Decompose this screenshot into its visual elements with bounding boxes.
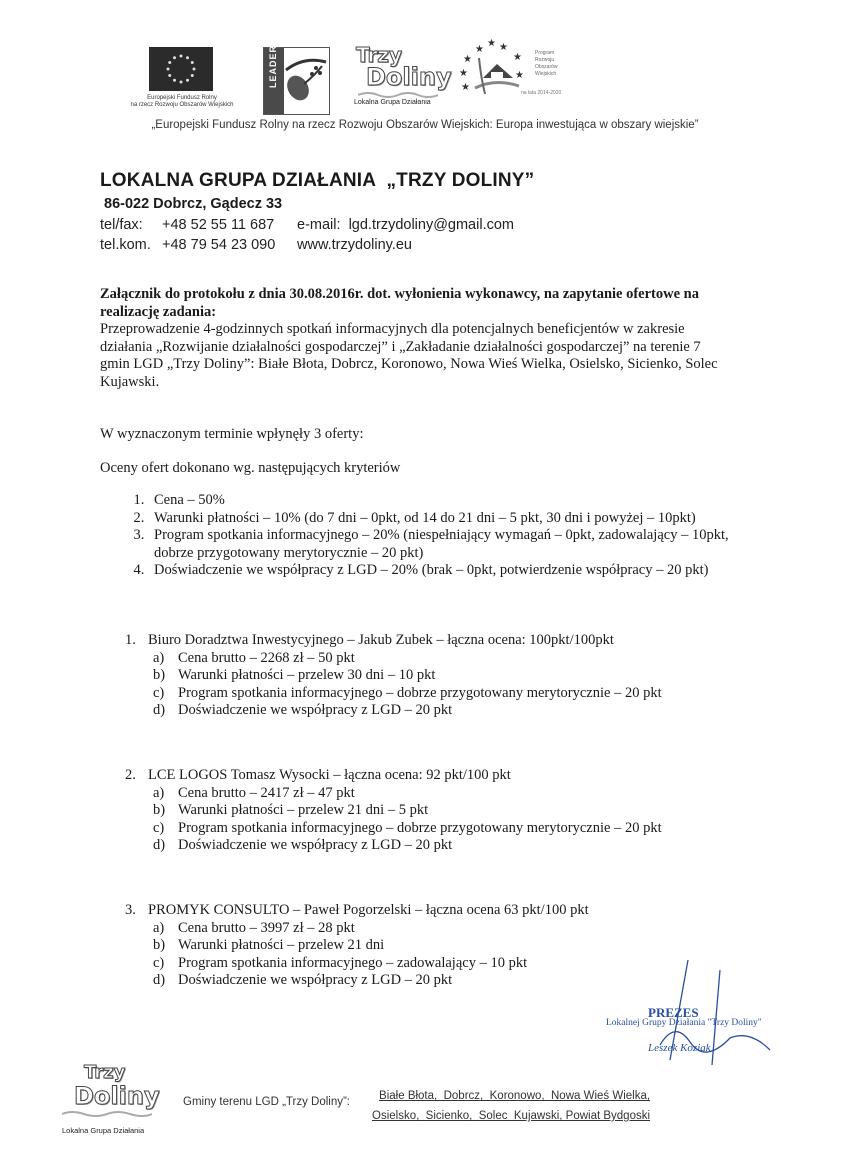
wave-icon <box>62 1110 152 1118</box>
criterion-item: Warunki płatności – 10% (do 7 dni – 0pkt… <box>148 510 768 528</box>
motto: „Europejski Fundusz Rolny na rzecz Rozwo… <box>0 119 850 131</box>
mobile-value: +48 79 54 23 090 <box>162 237 275 253</box>
attachment-description: Przeprowadzenie 4-godzinnych spotkań inf… <box>100 321 730 391</box>
svg-text:★: ★ <box>461 82 470 93</box>
mobile-label: tel.kom. <box>100 237 151 253</box>
organization-title: LOKALNA GRUPA DZIAŁANIA „TRZY DOLINY” <box>100 170 534 192</box>
svg-text:★: ★ <box>515 70 524 81</box>
offer-item: Cena brutto – 3997 zł – 28 pkt <box>153 920 720 938</box>
offer-item: Doświadczenie we współpracy z LGD – 20 p… <box>153 837 720 855</box>
offer-item: Program spotkania informacyjnego – dobrz… <box>153 685 720 703</box>
signature-organization: Lokalnej Grupy Działania "Trzy Doliny" <box>606 1018 762 1028</box>
signature-name: Leszek Koziak <box>648 1042 711 1054</box>
tel-fax-label: tel/fax: <box>100 217 143 233</box>
footer-label: Gminy terenu LGD „Trzy Doliny”: <box>183 1096 350 1108</box>
offer-item: Cena brutto – 2268 zł – 50 pkt <box>153 650 720 668</box>
website-link[interactable]: www.trzydoliny.eu <box>297 237 412 253</box>
offer-item: Warunki płatności – przelew 30 dni – 10 … <box>153 667 720 685</box>
offer-title: PROMYK CONSULTO – Paweł Pogorzelski – łą… <box>124 902 720 920</box>
criterion-item: Program spotkania informacyjnego – 20% (… <box>148 527 768 562</box>
attachment-heading: Załącznik do protokołu z dnia 30.08.2016… <box>100 286 730 321</box>
offers-count-text: W wyznaczonym terminie wpłynęły 3 oferty… <box>100 426 363 444</box>
offer-1: 1.Biuro Doradztwa Inwestycyjnego – Jakub… <box>100 632 720 720</box>
offer-2: 2.LCE LOGOS Tomasz Wysocki – łączna ocen… <box>100 767 720 855</box>
eu-caption: Europejski Fundusz Rolny na rzecz Rozwoj… <box>112 95 252 109</box>
prow-text: Program Rozwoju Obszarów Wiejskich <box>535 50 558 78</box>
offer-item: Doświadczenie we współpracy z LGD – 20 p… <box>153 702 720 720</box>
attachment-section: Załącznik do protokołu z dnia 30.08.2016… <box>100 286 730 391</box>
criterion-item: Cena – 50% <box>148 492 768 510</box>
criteria-list: Cena – 50% Warunki płatności – 10% (do 7… <box>100 492 768 580</box>
offer-title: Biuro Doradztwa Inwestycyjnego – Jakub Z… <box>124 632 720 650</box>
svg-text:★: ★ <box>487 38 496 49</box>
leader-emblem-icon <box>284 48 329 114</box>
tel-fax-value: +48 52 55 11 687 <box>162 217 274 233</box>
offer-item: Program spotkania informacyjnego – dobrz… <box>153 820 720 838</box>
trzy-doliny-footer-logo: Trzy Doliny Lokalna Grupa Działania <box>62 1062 162 1142</box>
svg-text:★: ★ <box>499 42 508 53</box>
organization-address: 86-022 Dobrcz, Gądecz 33 <box>104 196 282 212</box>
trzy-doliny-logo: Trzy Doliny Lokalna Grupa Działania <box>348 43 446 109</box>
prow-logo: ★★★ ★★★ ★★ Program Rozwoju Obszarów Wiej… <box>455 38 570 102</box>
svg-text:★: ★ <box>459 68 468 79</box>
criteria-intro: Oceny ofert dokonano wg. następujących k… <box>100 460 400 478</box>
eu-stars-icon <box>149 47 213 91</box>
email-link[interactable]: lgd.trzydoliny@gmail.com <box>349 217 514 233</box>
svg-text:★: ★ <box>475 44 484 55</box>
offer-item: Warunki płatności – przelew 21 dni – 5 p… <box>153 802 720 820</box>
email-label: e-mail: <box>297 217 341 233</box>
leader-logo: LEADER <box>263 47 330 115</box>
svg-text:★: ★ <box>513 52 522 63</box>
wave-icon <box>358 91 438 99</box>
criterion-item: Doświadczenie we współpracy z LGD – 20% … <box>148 562 768 580</box>
email-line: e-mail: lgd.trzydoliny@gmail.com <box>297 217 514 233</box>
eu-flag-logo <box>149 47 213 91</box>
svg-text:★: ★ <box>463 54 472 65</box>
offer-item: Cena brutto – 2417 zł – 47 pkt <box>153 785 720 803</box>
offer-title: LCE LOGOS Tomasz Wysocki – łączna ocena:… <box>124 767 720 785</box>
footer-municipalities: Białe Błota, Dobrcz, Koronowo, Nowa Wieś… <box>372 1086 650 1126</box>
